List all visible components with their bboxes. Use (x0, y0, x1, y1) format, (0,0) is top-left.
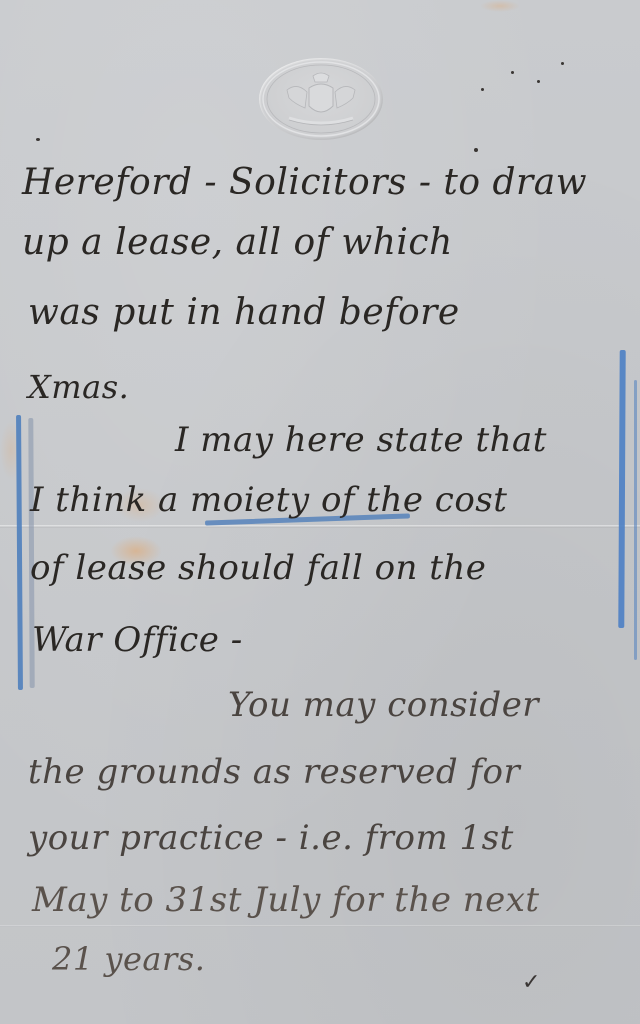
foxing-stain (480, 0, 520, 12)
fold-crease (0, 525, 640, 528)
text-line-1: Hereford - Solicitors - to draw (22, 162, 587, 203)
pin-hole (481, 88, 484, 91)
text-line-8: War Office - (32, 620, 243, 660)
text-line-6: I think a moiety of the cost (30, 480, 507, 520)
text-line-10: the grounds as reserved for (28, 752, 520, 792)
text-line-4: Xmas. (28, 368, 129, 406)
margin-pencil-line-left (16, 415, 23, 690)
margin-pencil-line-right (618, 350, 625, 628)
pin-hole (511, 71, 514, 74)
letter-page: Hereford - Solicitors - to draw up a lea… (0, 0, 640, 1024)
fold-crease (0, 925, 640, 927)
text-line-3: was put in hand before (28, 292, 460, 333)
check-mark-icon: ✓ (522, 970, 540, 995)
text-line-13: 21 years. (52, 940, 205, 978)
text-line-5: I may here state that (175, 420, 547, 460)
embossed-crest-icon (259, 58, 383, 140)
text-line-7: of lease should fall on the (30, 548, 486, 588)
pin-hole (561, 62, 564, 65)
text-line-2: up a lease, all of which (22, 222, 453, 263)
text-line-11: your practice - i.e. from 1st (28, 818, 514, 858)
text-line-9: You may consider (228, 685, 539, 725)
pin-hole (537, 80, 540, 83)
pin-hole (36, 138, 40, 141)
margin-pencil-line-right-faint (634, 380, 637, 660)
text-line-12: May to 31st July for the next (32, 880, 540, 920)
pin-hole (474, 148, 478, 152)
